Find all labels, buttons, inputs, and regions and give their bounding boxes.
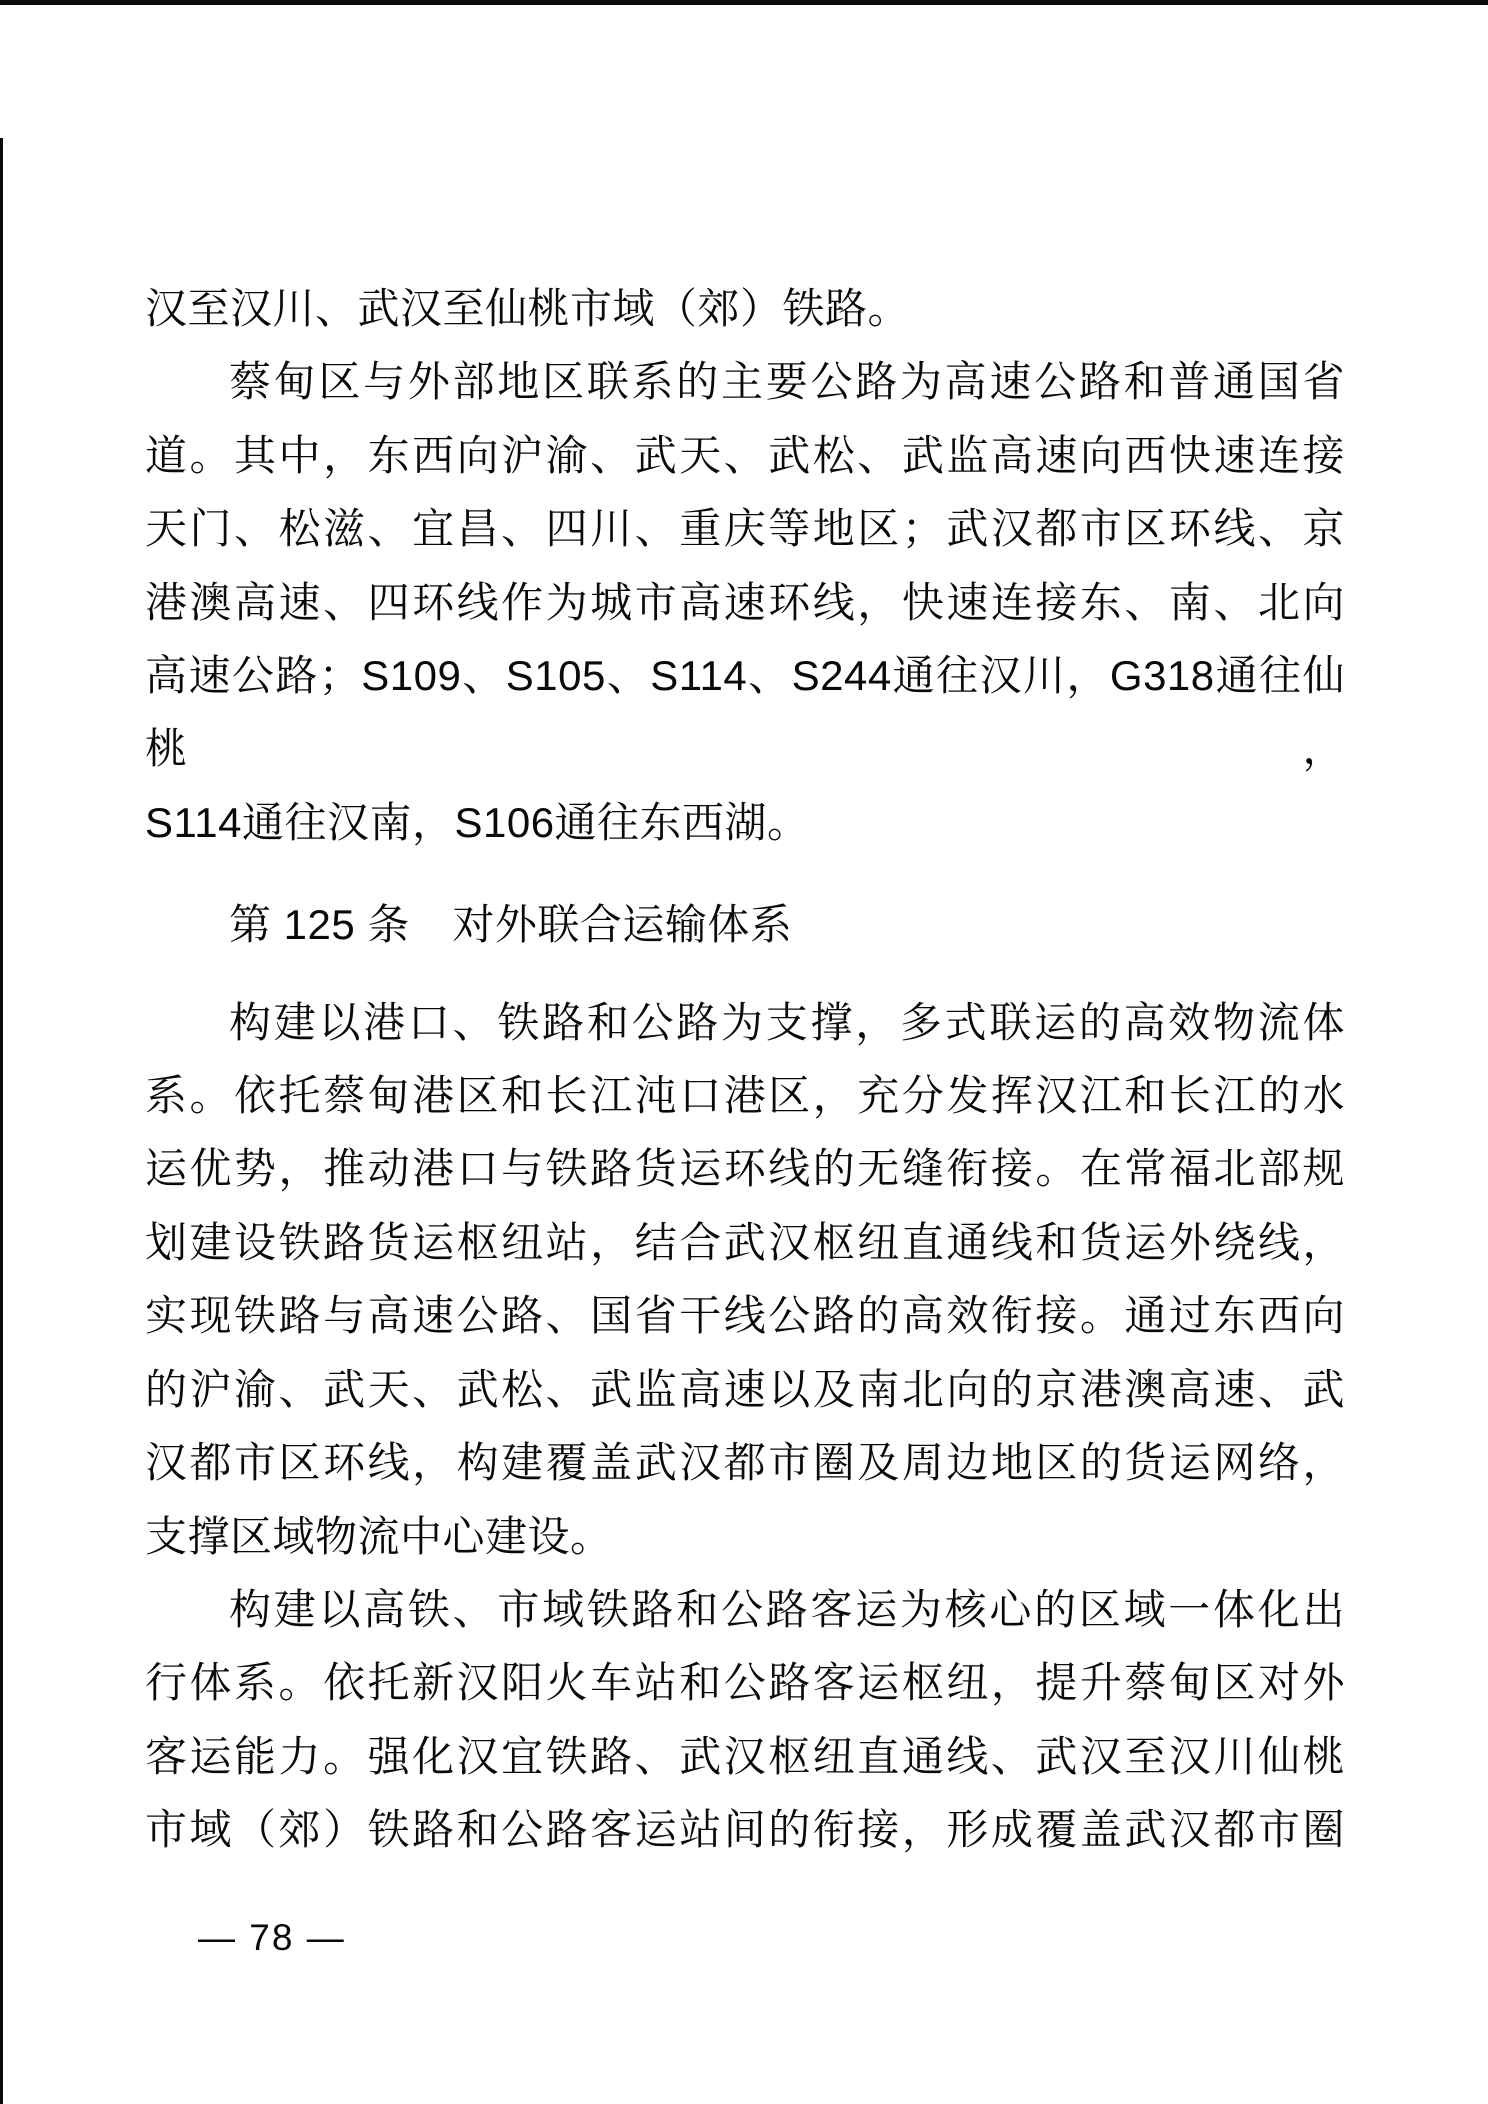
text-line: 支撑区域物流中心建设。	[145, 1500, 1345, 1573]
text-line: 实现铁路与高速公路、国省干线公路的高效衔接。通过东西向	[145, 1279, 1345, 1352]
text-line: 蔡甸区与外部地区联系的主要公路为高速公路和普通国省	[145, 345, 1345, 418]
text-line: 的沪渝、武天、武松、武监高速以及南北向的京港澳高速、武	[145, 1353, 1345, 1426]
text-line: 高速公路；S109、S105、S114、S244通往汉川，G318通往仙桃，	[145, 639, 1345, 786]
text-line: 构建以高铁、市域铁路和公路客运为核心的区域一体化出	[145, 1573, 1345, 1646]
text-line: 划建设铁路货运枢纽站，结合武汉枢纽直通线和货运外绕线，	[145, 1206, 1345, 1279]
text-line: 天门、松滋、宜昌、四川、重庆等地区；武汉都市区环线、京	[145, 492, 1345, 565]
text-line: 运优势，推动港口与铁路货运环线的无缝衔接。在常福北部规	[145, 1132, 1345, 1205]
text-line: 构建以港口、铁路和公路为支撑，多式联运的高效物流体	[145, 986, 1345, 1059]
text-line: 汉至汉川、武汉至仙桃市域（郊）铁路。	[145, 272, 1345, 345]
text-line: 行体系。依托新汉阳火车站和公路客运枢纽，提升蔡甸区对外	[145, 1646, 1345, 1719]
text-line: 客运能力。强化汉宜铁路、武汉枢纽直通线、武汉至汉川仙桃	[145, 1720, 1345, 1793]
document-page: { "page": { "footer": { "page_number": "…	[0, 0, 1488, 2104]
text-line: S114通往汉南，S106通往东西湖。	[145, 786, 1345, 859]
section-heading: 第 125 条 对外联合运输体系	[145, 888, 1345, 961]
text-line: 道。其中，东西向沪渝、武天、武松、武监高速向西快速连接	[145, 419, 1345, 492]
page-number: — 78 —	[198, 1916, 346, 1960]
text-line: 市域（郊）铁路和公路客运站间的衔接，形成覆盖武汉都市圈	[145, 1793, 1345, 1866]
scan-edge-top	[0, 0, 1488, 5]
document-body: 汉至汉川、武汉至仙桃市域（郊）铁路。蔡甸区与外部地区联系的主要公路为高速公路和普…	[145, 272, 1345, 1867]
scan-edge-left	[0, 138, 3, 2104]
text-line: 港澳高速、四环线作为城市高速环线，快速连接东、南、北向	[145, 566, 1345, 639]
text-line: 汉都市区环线，构建覆盖武汉都市圈及周边地区的货运网络，	[145, 1426, 1345, 1499]
text-line: 系。依托蔡甸港区和长江沌口港区，充分发挥汉江和长江的水	[145, 1059, 1345, 1132]
